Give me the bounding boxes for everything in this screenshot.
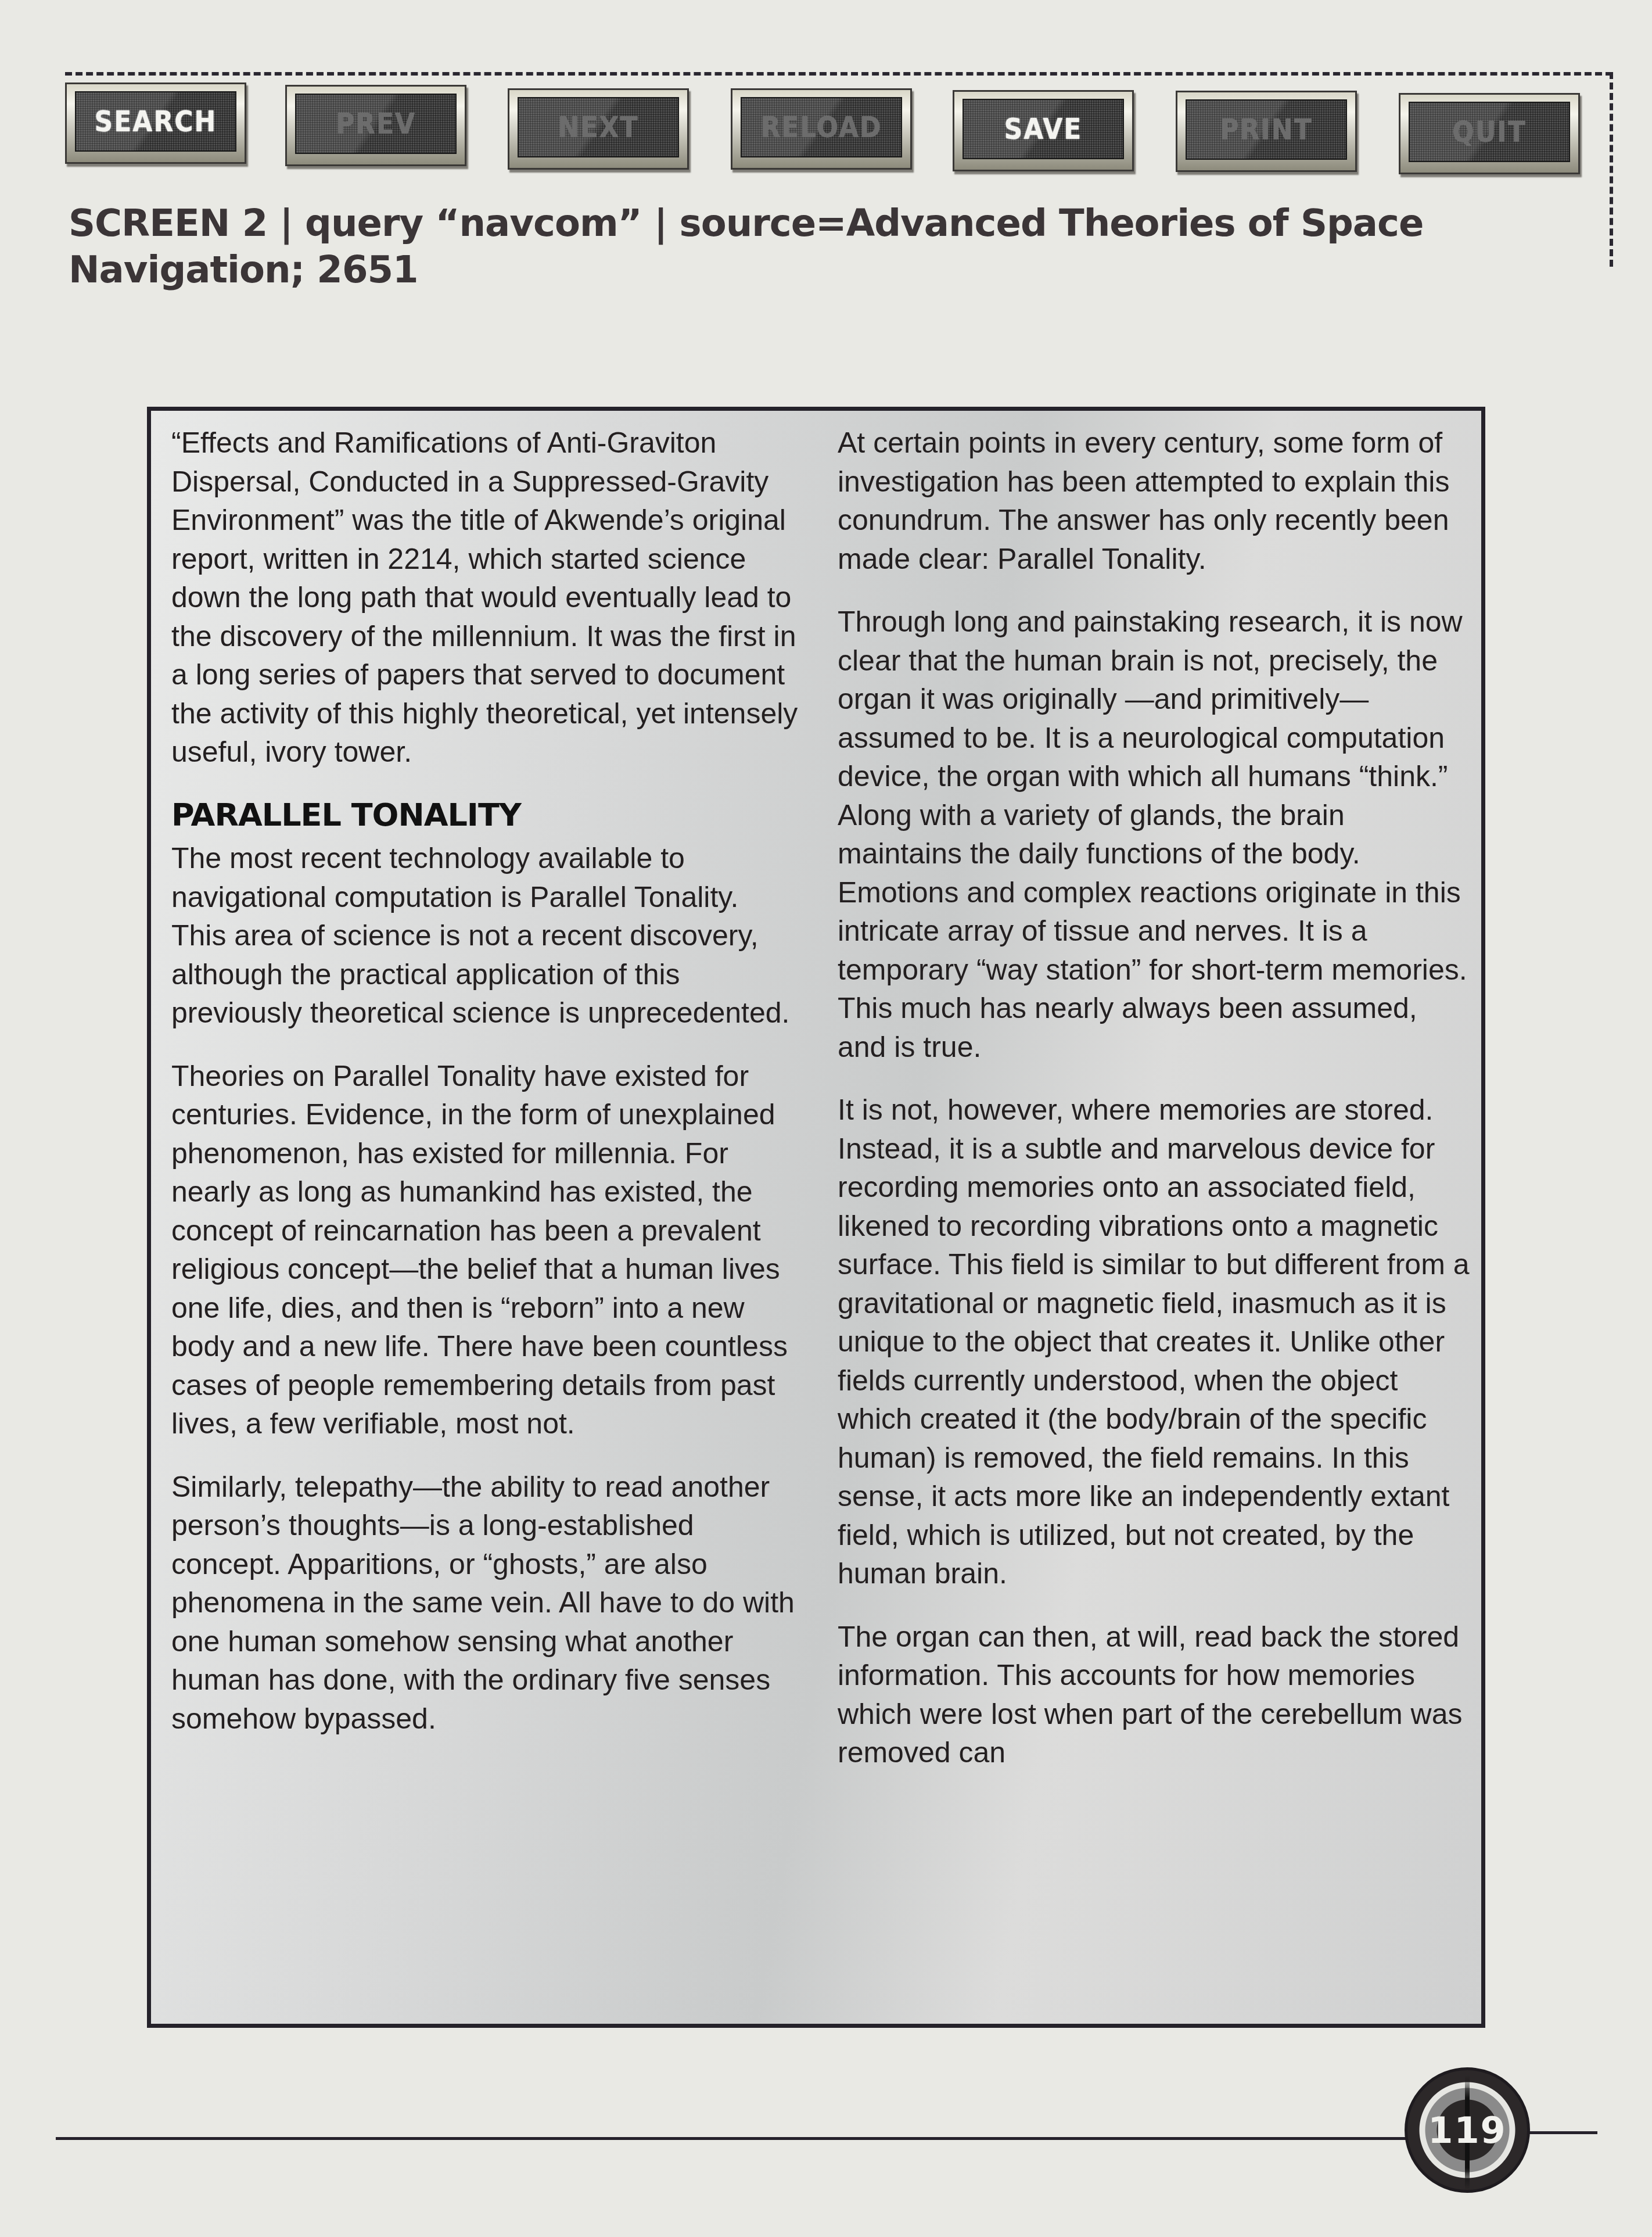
save-button[interactable]: SAVE bbox=[953, 90, 1134, 171]
quit-button[interactable]: QUIT bbox=[1399, 93, 1580, 174]
navigation-toolbar: SEARCH PREV NEXT RELOAD SAVE PRINT QUIT bbox=[65, 81, 1599, 169]
print-button-label: PRINT bbox=[1220, 113, 1312, 147]
article-paragraph: Theories on Parallel Tonality have exist… bbox=[171, 1057, 799, 1443]
footer-rule-right bbox=[1528, 2131, 1597, 2134]
article-paragraph: “Effects and Ramifications of Anti-Gravi… bbox=[171, 424, 799, 772]
next-button[interactable]: NEXT bbox=[508, 88, 689, 170]
search-button[interactable]: SEARCH bbox=[65, 83, 246, 164]
article-paragraph: The most recent technology available to … bbox=[171, 839, 799, 1033]
section-heading: PARALLEL TONALITY bbox=[171, 796, 799, 835]
prev-button-label: PREV bbox=[336, 107, 416, 141]
search-button-face: SEARCH bbox=[75, 91, 236, 152]
article-paragraph: Through long and painstaking research, i… bbox=[838, 603, 1471, 1066]
article-paragraph: It is not, however, where memories are s… bbox=[838, 1091, 1471, 1593]
screen-header: SCREEN 2 | query “navcom” | source=Advan… bbox=[69, 200, 1463, 293]
next-button-label: NEXT bbox=[558, 110, 639, 145]
page-number: 119 bbox=[1428, 2109, 1506, 2152]
article-column-left: “Effects and Ramifications of Anti-Gravi… bbox=[171, 424, 799, 1762]
article-paragraph: At certain points in every century, some… bbox=[838, 424, 1471, 578]
print-button[interactable]: PRINT bbox=[1176, 91, 1357, 172]
article-content-box: “Effects and Ramifications of Anti-Gravi… bbox=[147, 407, 1485, 2028]
save-button-face: SAVE bbox=[963, 99, 1124, 159]
quit-button-label: QUIT bbox=[1452, 115, 1527, 149]
reload-button-face: RELOAD bbox=[741, 97, 902, 157]
quit-button-face: QUIT bbox=[1409, 102, 1570, 162]
dashed-frame-top bbox=[65, 72, 1613, 76]
article-paragraph: The organ can then, at will, read back t… bbox=[838, 1618, 1471, 1772]
article-column-right: At certain points in every century, some… bbox=[838, 424, 1471, 1797]
screen-header-line-2: Navigation; 2651 bbox=[69, 247, 1463, 293]
screen-header-line-1: SCREEN 2 | query “navcom” | source=Advan… bbox=[69, 200, 1463, 247]
save-button-label: SAVE bbox=[1004, 112, 1083, 146]
next-button-face: NEXT bbox=[518, 97, 679, 157]
reload-button[interactable]: RELOAD bbox=[731, 88, 912, 170]
article-paragraph: Similarly, telepathy—the ability to read… bbox=[171, 1468, 799, 1738]
page-number-badge: 119 bbox=[1405, 2067, 1530, 2193]
reload-button-label: RELOAD bbox=[760, 110, 882, 145]
prev-button-face: PREV bbox=[295, 94, 457, 154]
print-button-face: PRINT bbox=[1186, 99, 1347, 160]
prev-button[interactable]: PREV bbox=[285, 85, 466, 166]
dashed-frame-right bbox=[1610, 72, 1613, 267]
search-button-label: SEARCH bbox=[95, 105, 217, 139]
footer-rule-left bbox=[56, 2137, 1409, 2140]
